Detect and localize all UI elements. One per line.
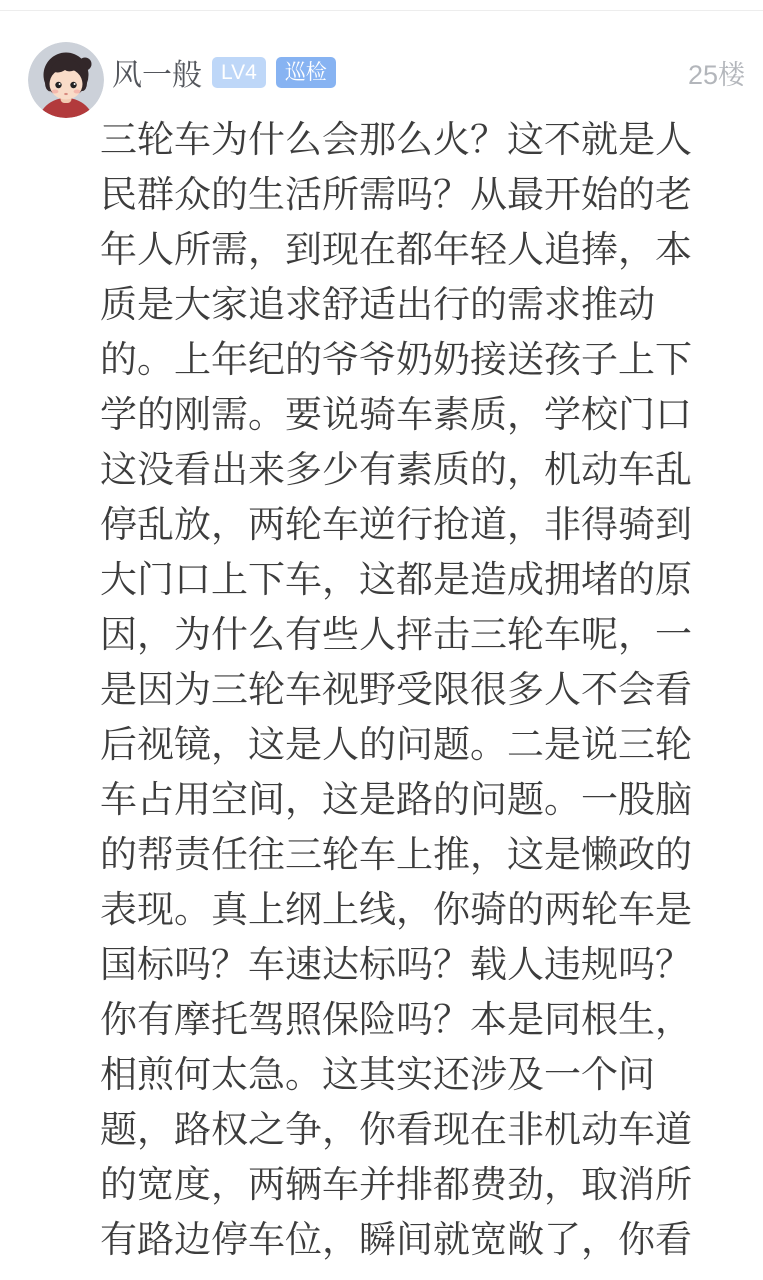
avatar[interactable] [28,42,104,118]
avatar-image [28,42,104,118]
post-divider [0,10,763,11]
level-badge: LV4 [212,57,266,88]
username[interactable]: 风一般 [112,50,202,94]
post-header: 风一般 LV4 巡检 25楼 [28,42,745,118]
post-content: 三轮车为什么会那么火？这不就是人民群众的生活所需吗？从最开始的老年人所需，到现在… [100,112,696,1267]
role-badge: 巡检 [276,57,336,88]
floor-number: 25楼 [688,53,745,92]
user-line: 风一般 LV4 巡检 [112,55,336,89]
forum-post: 风一般 LV4 巡检 25楼 三轮车为什么会那么火？这不就是人民群众的生活所需吗… [0,0,763,1280]
